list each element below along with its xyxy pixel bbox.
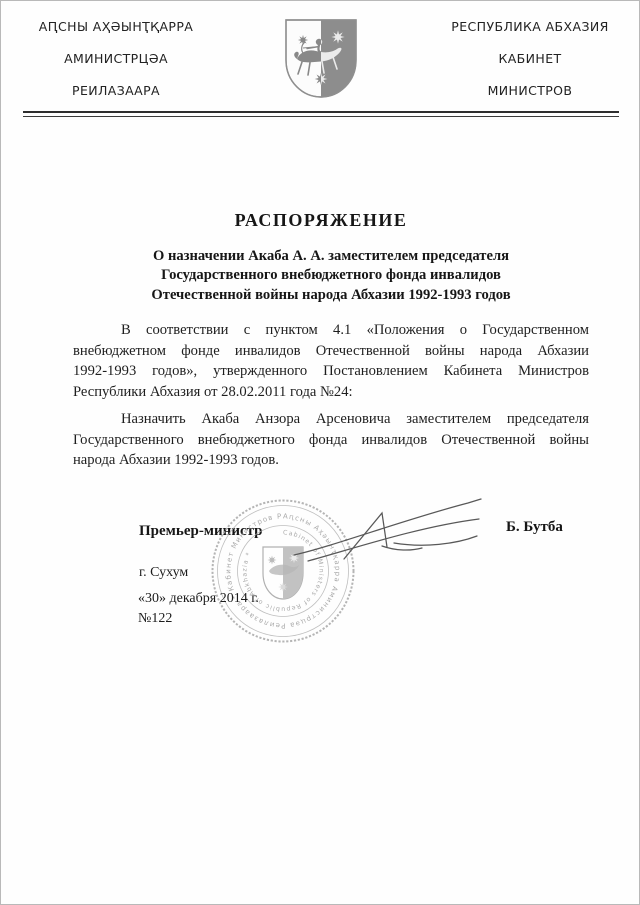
svg-text:Аԥсны Аҳәынҭқарра Аминистрцәа: Аԥсны Аҳәынҭқарра Аминистрцәа Реилазаара…: [209, 497, 342, 630]
signatory-name: Б. Бутба: [506, 519, 563, 536]
letterhead-line: РЕСПУБЛИКА АБХАЗИЯ: [444, 11, 616, 43]
body-line: Государственного внебюджетного фонда инв…: [73, 430, 589, 451]
header-divider: [23, 111, 619, 117]
letterhead-line: РЕИЛАЗААРА: [26, 75, 206, 107]
coat-of-arms-emblem: [284, 18, 358, 100]
letterhead-line: АԤСНЫ АҲӘЫНҬҚАРРА: [26, 11, 206, 43]
official-stamp: Аԥсны Аҳәынҭқарра Аминистрцәа Реилазаара…: [209, 497, 357, 645]
stamp-outer-ring-text: Аԥсны Аҳәынҭқарра Аминистрцәа Реилазаара…: [209, 497, 342, 630]
paragraph-resolution: Назначить Акаба Анзора Арсеновича замест…: [73, 409, 589, 471]
body-line: В соответствии с пунктом 4.1 «Положения …: [73, 320, 589, 341]
document-subject: О назначении Акаба А. А. заместителем пр…: [73, 247, 589, 305]
signatory-post: Премьер-министр: [139, 523, 263, 540]
document-page: АԤСНЫ АҲӘЫНҬҚАРРААМИНИСТРЦӘАРЕИЛАЗААРА: [0, 0, 640, 905]
coat-of-arms-icon: [284, 18, 358, 100]
place-line: г. Сухум: [139, 565, 188, 581]
signature-scribble: [286, 491, 511, 586]
body-line: Республики Абхазия от 28.02.2011 года №2…: [73, 382, 589, 403]
subject-line: Государственного внебюджетного фонда инв…: [73, 266, 589, 285]
body-line: народа Абхазии 1992-1993 годов.: [73, 450, 589, 471]
stamp-seal-icon: Аԥсны Аҳәынҭқарра Аминистрцәа Реилазаара…: [209, 497, 357, 645]
subject-line: Отечественной войны народа Абхазии 1992-…: [73, 286, 589, 305]
letterhead-russian: РЕСПУБЛИКА АБХАЗИЯКАБИНЕТМИНИСТРОВ: [444, 11, 616, 107]
paragraph-preamble: В соответствии с пунктом 4.1 «Положения …: [73, 320, 589, 402]
document-number: №122: [138, 611, 172, 627]
body-line: Назначить Акаба Анзора Арсеновича замест…: [73, 409, 589, 430]
letterhead-line: АМИНИСТРЦӘА: [26, 43, 206, 75]
subject-line: О назначении Акаба А. А. заместителем пр…: [73, 247, 589, 266]
date-line: «30» декабря 2014 г.: [138, 591, 259, 607]
body-line: 1992-1993 годов», утвержденного Постанов…: [73, 361, 589, 382]
body-line: внебюджетном фонде инвалидов Отечественн…: [73, 341, 589, 362]
letterhead-line: МИНИСТРОВ: [444, 75, 616, 107]
document-title: РАСПОРЯЖЕНИЕ: [1, 210, 640, 231]
letterhead-abkhaz: АԤСНЫ АҲӘЫНҬҚАРРААМИНИСТРЦӘАРЕИЛАЗААРА: [26, 11, 206, 107]
letterhead-line: КАБИНЕТ: [444, 43, 616, 75]
